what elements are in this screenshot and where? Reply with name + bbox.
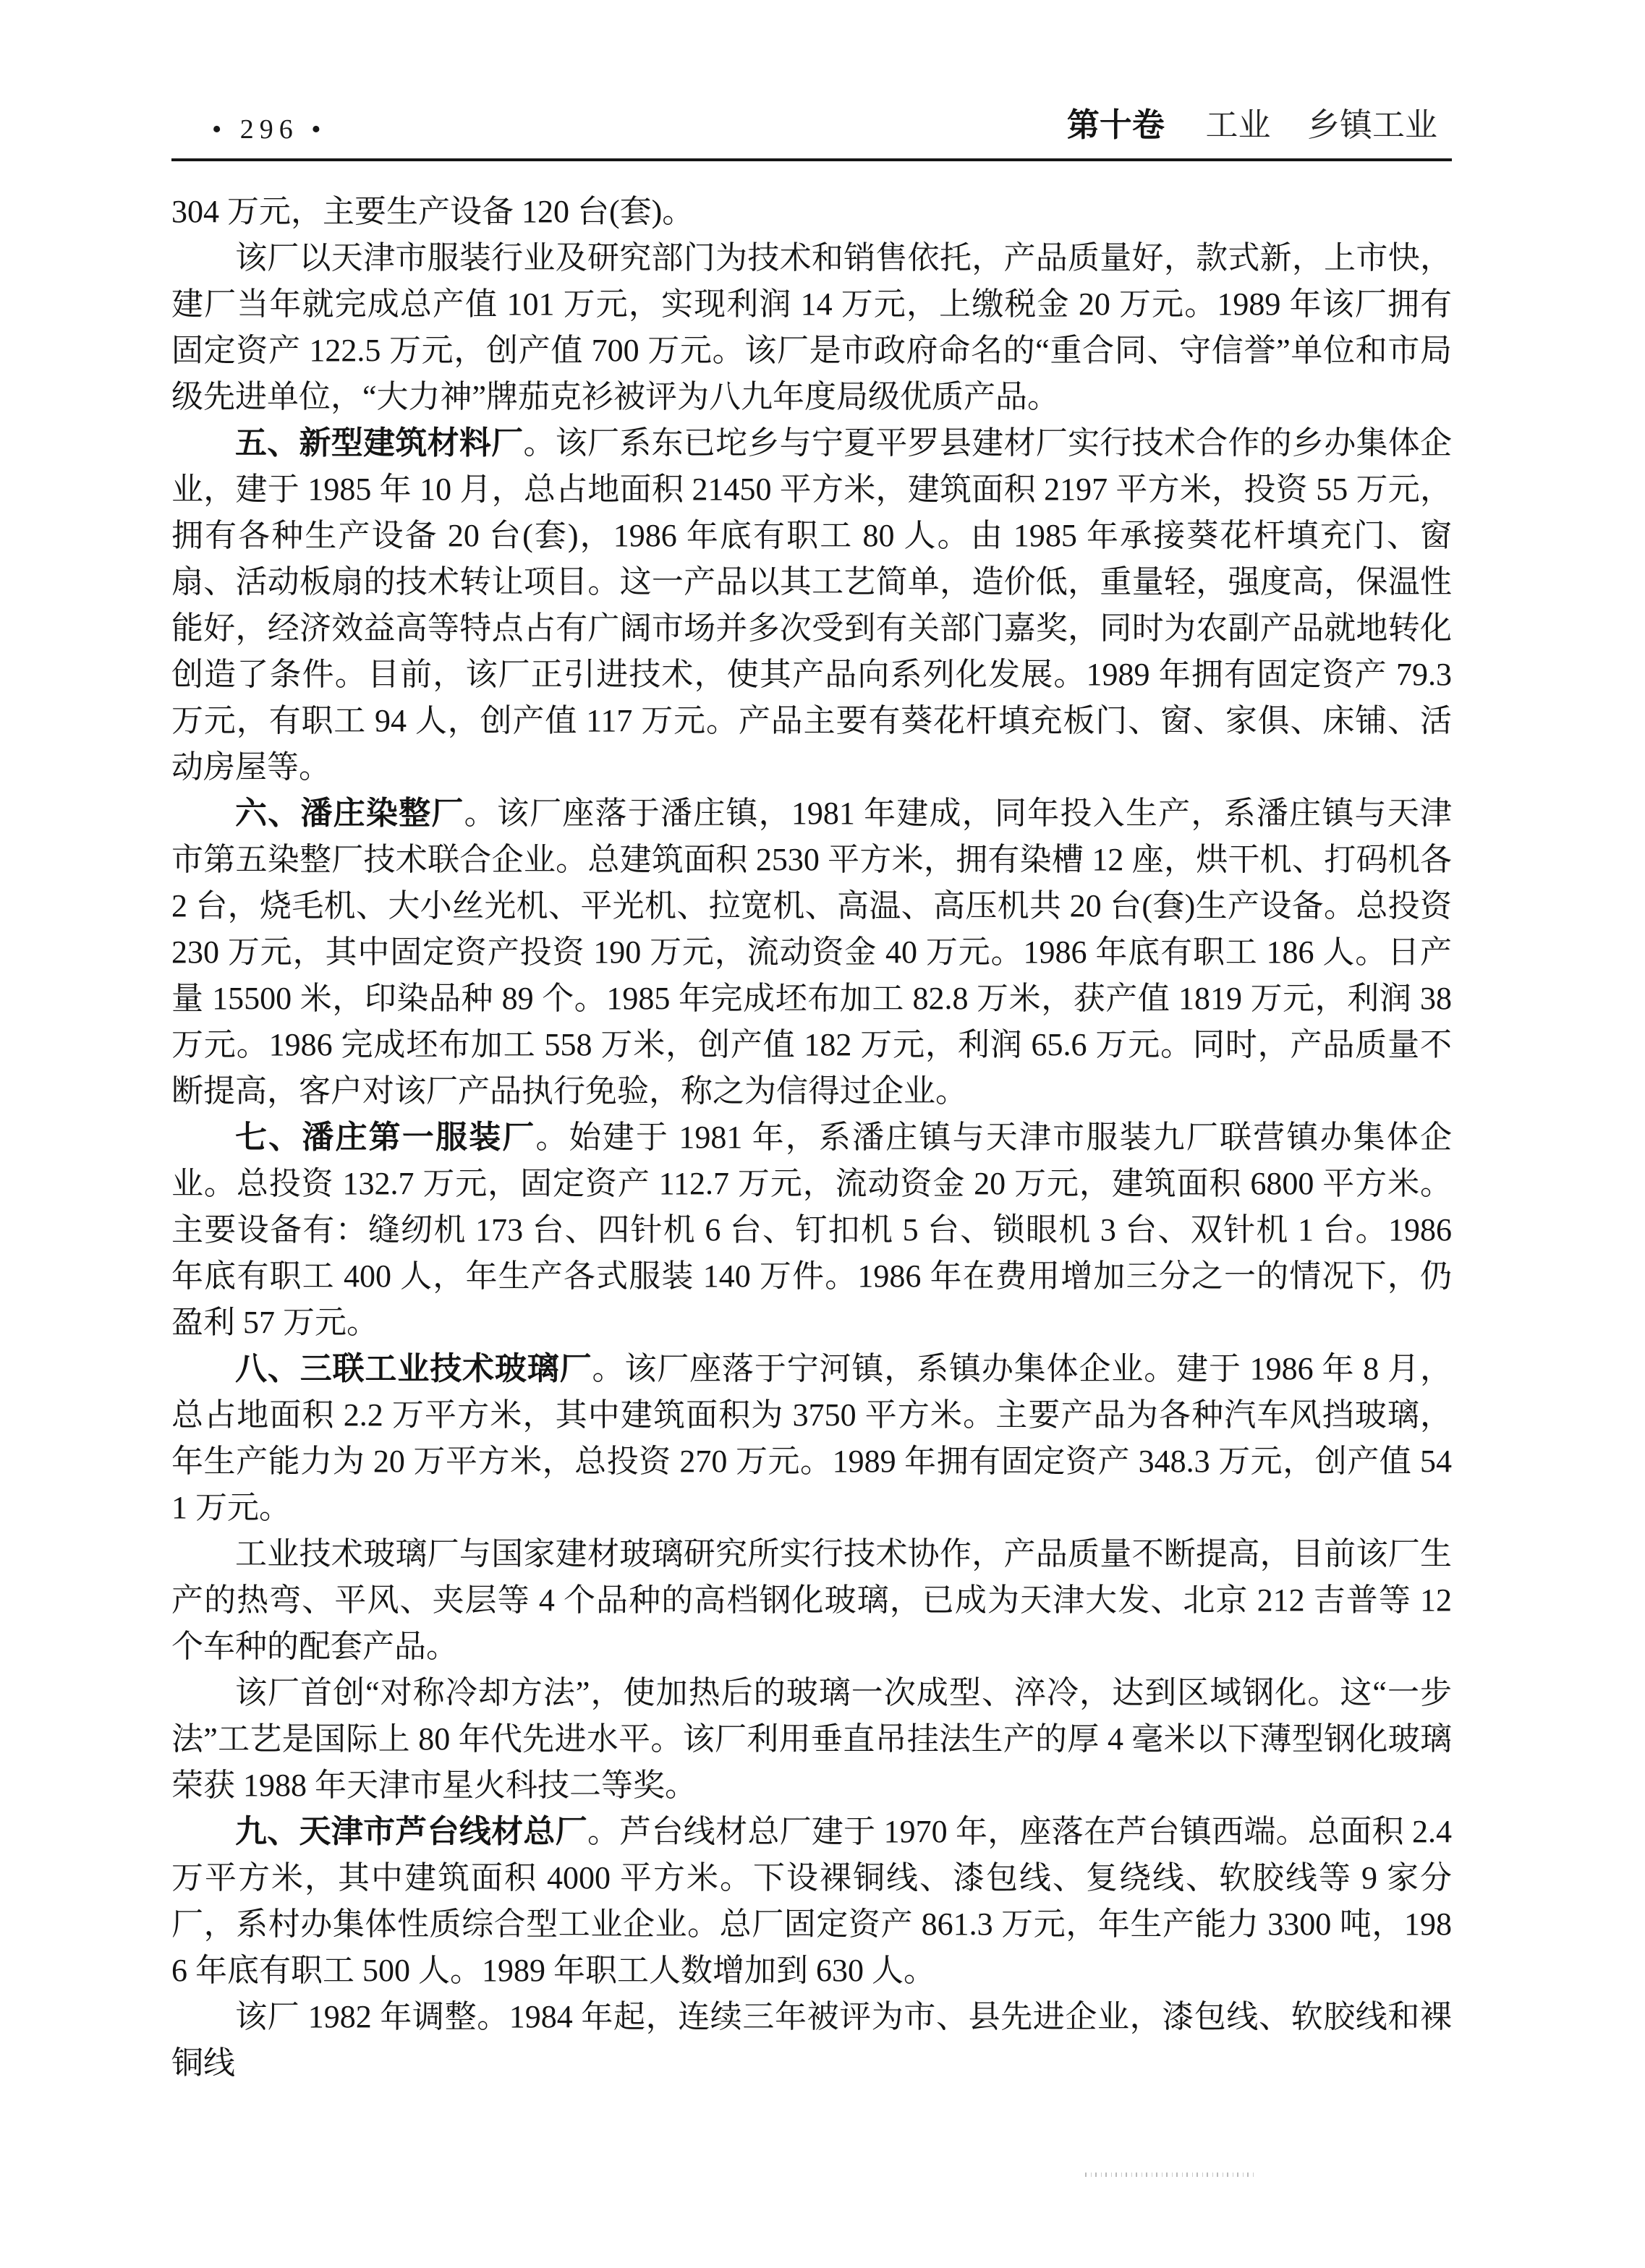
paragraph: 七、潘庄第一服装厂。始建于 1981 年，系潘庄镇与天津市服装九厂联营镇办集体企… <box>171 1114 1452 1346</box>
paragraph: 九、天津市芦台线材总厂。芦台线材总厂建于 1970 年，座落在芦台镇西端。总面积… <box>171 1809 1452 1994</box>
paragraph: 该厂以天津市服装行业及研究部门为技术和销售依托，产品质量好，款式新，上市快，建厂… <box>171 235 1452 420</box>
section-heading: 五、新型建筑材料厂 <box>235 425 523 461</box>
paragraph: 六、潘庄染整厂。该厂座落于潘庄镇，1981 年建成，同年投入生产，系潘庄镇与天津… <box>171 790 1452 1114</box>
scan-artifact <box>1085 2173 1257 2177</box>
paragraph: 该厂 1982 年调整。1984 年起，连续三年被评为市、县先进企业，漆包线、软… <box>171 1994 1452 2086</box>
section-label: 工业 <box>1205 106 1270 143</box>
paragraph-text: 工业技术玻璃厂与国家建材玻璃研究所实行技术协作，产品质量不断提高，目前该厂生产的… <box>171 1536 1452 1664</box>
paragraph: 该厂首创“对称冷却方法”，使加热后的玻璃一次成型、淬冷，达到区域钢化。这“一步法… <box>171 1670 1452 1809</box>
paragraph: 五、新型建筑材料厂。该厂系东已坨乡与宁夏平罗县建材厂实行技术合作的乡办集体企业，… <box>171 420 1452 790</box>
paragraph-text: 。该厂系东已坨乡与宁夏平罗县建材厂实行技术合作的乡办集体企业，建于 1985 年… <box>171 425 1452 785</box>
paragraph-text: 304 万元，主要生产设备 120 台(套)。 <box>171 194 694 229</box>
paragraph: 工业技术玻璃厂与国家建材玻璃研究所实行技术协作，产品质量不断提高，目前该厂生产的… <box>171 1531 1452 1670</box>
section-heading: 六、潘庄染整厂 <box>235 796 464 831</box>
paragraph-text: 。该厂座落于潘庄镇，1981 年建成，同年投入生产，系潘庄镇与天津市第五染整厂技… <box>171 796 1452 1109</box>
page-number: • 296 • <box>212 111 327 148</box>
section-heading: 八、三联工业技术玻璃厂 <box>235 1351 592 1386</box>
paragraph-text: 该厂 1982 年调整。1984 年起，连续三年被评为市、县先进企业，漆包线、软… <box>171 1999 1452 2081</box>
subsection-label: 乡镇工业 <box>1307 106 1437 143</box>
paragraph: 304 万元，主要生产设备 120 台(套)。 <box>171 189 1452 235</box>
section-heading: 九、天津市芦台线材总厂 <box>235 1814 587 1849</box>
page-header: • 296 • 第十卷 工业 乡镇工业 <box>171 107 1452 148</box>
running-head: 第十卷 工业 乡镇工业 <box>1067 107 1437 143</box>
paragraph-text: 该厂首创“对称冷却方法”，使加热后的玻璃一次成型、淬冷，达到区域钢化。这“一步法… <box>171 1675 1452 1803</box>
paragraph: 八、三联工业技术玻璃厂。该厂座落于宁河镇，系镇办集体企业。建于 1986 年 8… <box>171 1346 1452 1531</box>
volume-label: 第十卷 <box>1067 106 1165 143</box>
body-text: 304 万元，主要生产设备 120 台(套)。该厂以天津市服装行业及研究部门为技… <box>171 189 1452 2086</box>
scanned-book-page: • 296 • 第十卷 工业 乡镇工业 304 万元，主要生产设备 120 台(… <box>0 0 1645 2268</box>
header-divider <box>171 158 1452 161</box>
paragraph-text: 该厂以天津市服装行业及研究部门为技术和销售依托，产品质量好，款式新，上市快，建厂… <box>171 240 1452 414</box>
section-heading: 七、潘庄第一服装厂 <box>235 1120 536 1155</box>
